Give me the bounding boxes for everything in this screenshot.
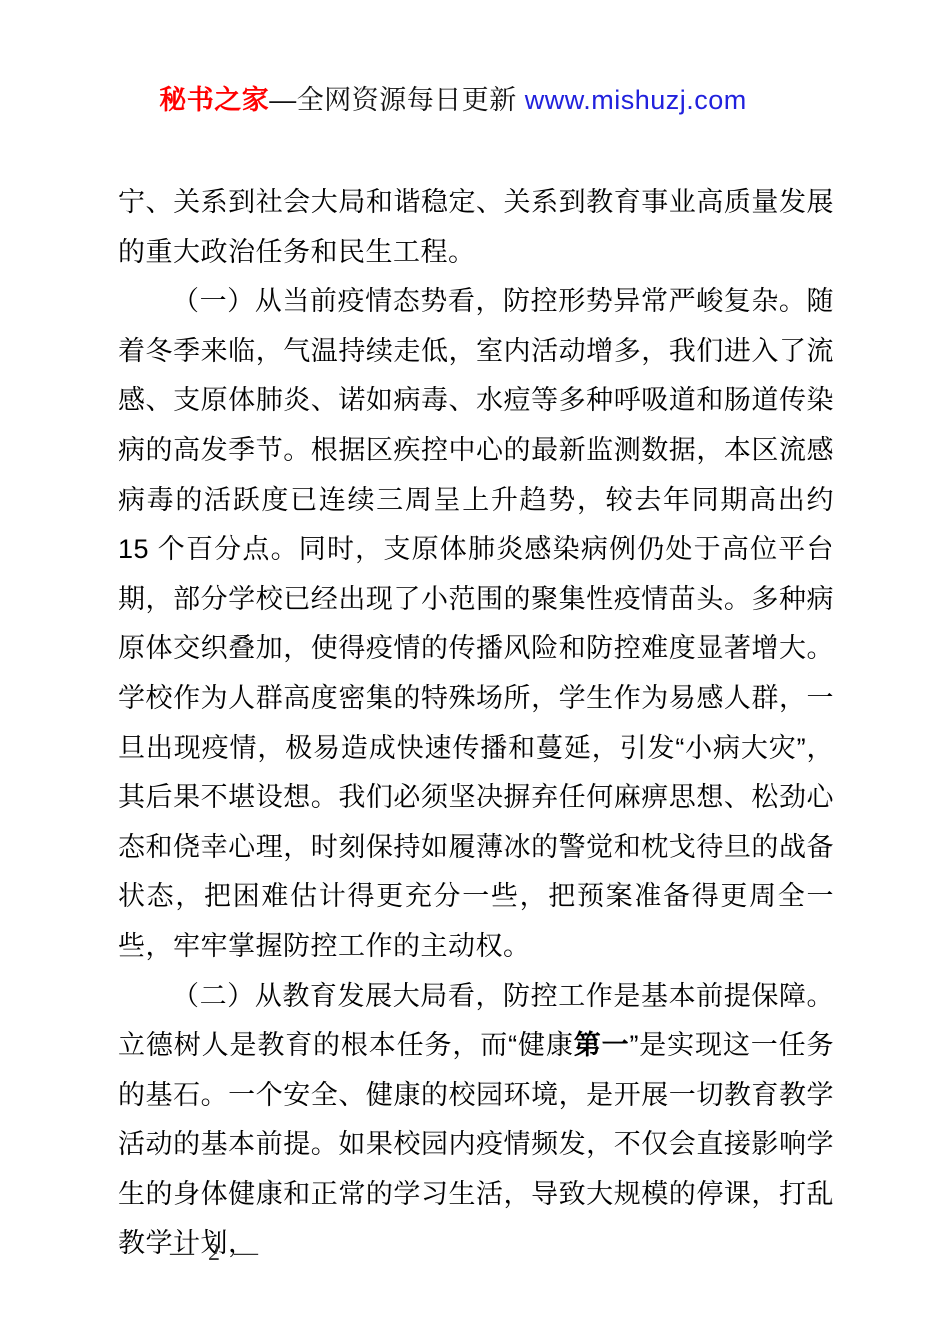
- paragraph: （二）从教育发展大局看，防控工作是基本前提保障。立德树人是教育的根本任务，而“健…: [118, 972, 834, 1270]
- text-run: （一）从当前疫情态势看，防控形势异常严峻复杂。随着冬季来临，气温持续走低，室内活…: [118, 286, 834, 961]
- text-run: ”是实现这一任务的基石。一个安全、健康的校园环境，是开展一切教育教学活动的基本前…: [118, 1030, 834, 1258]
- document-page: 秘书之家—全网资源每日更新www.mishuzj.com 宁、关系到社会大局和谐…: [0, 0, 950, 1344]
- site-header: 秘书之家—全网资源每日更新www.mishuzj.com: [0, 82, 928, 118]
- site-tagline: —全网资源每日更新: [269, 85, 517, 115]
- text-run: 宁、关系到社会大局和谐稳定、关系到教育事业高质量发展的重大政治任务和民生工程。: [118, 187, 834, 267]
- emphasized-text: 第一: [574, 1030, 630, 1060]
- page-number: — 2 —: [170, 1240, 262, 1267]
- document-body: 宁、关系到社会大局和谐稳定、关系到教育事业高质量发展的重大政治任务和民生工程。（…: [118, 178, 834, 1269]
- paragraph: 宁、关系到社会大局和谐稳定、关系到教育事业高质量发展的重大政治任务和民生工程。: [118, 178, 834, 277]
- site-url: www.mishuzj.com: [525, 85, 747, 115]
- paragraph: （一）从当前疫情态势看，防控形势异常严峻复杂。随着冬季来临，气温持续走低，室内活…: [118, 277, 834, 971]
- site-brand: 秘书之家: [159, 85, 269, 115]
